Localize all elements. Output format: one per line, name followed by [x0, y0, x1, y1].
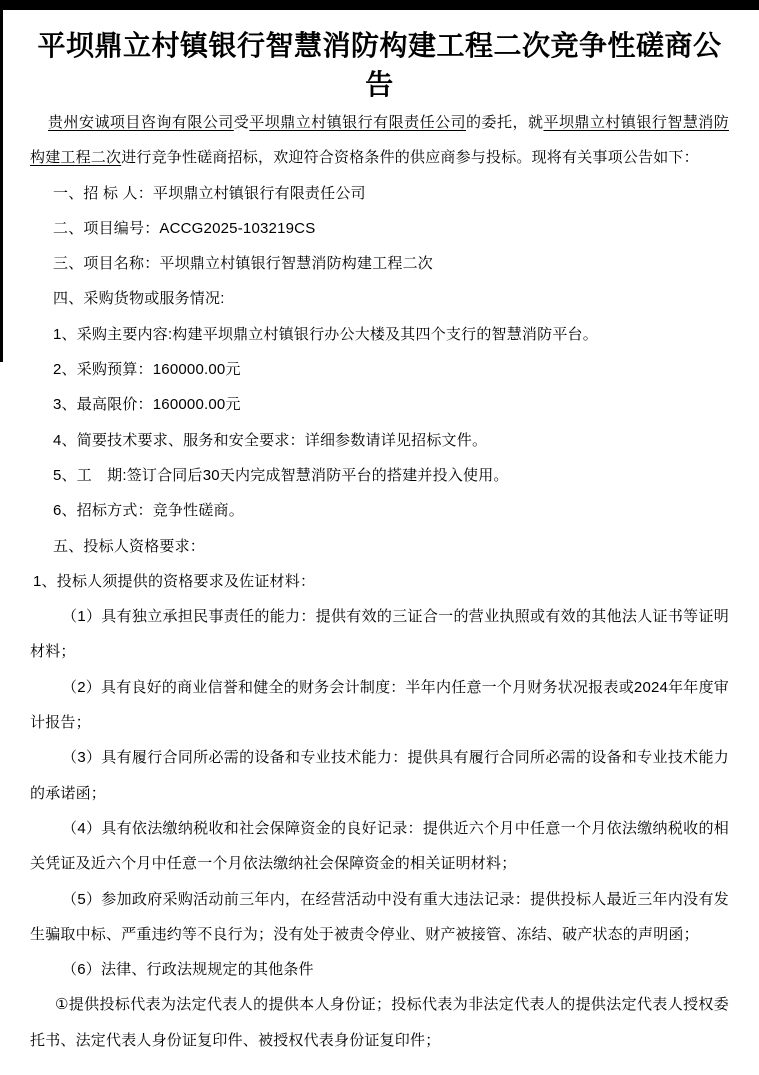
document-body: 贵州安诚项目咨询有限公司受平坝鼎立村镇银行有限责任公司的委托，就平坝鼎立村镇银行… [30, 105, 729, 1058]
item-qualification-3: （3）具有履行合同所必需的设备和专业技术能力：提供具有履行合同所必需的设备和专业… [30, 740, 729, 811]
item-qualification-6: （6）法律、行政法规规定的其他条件 [30, 952, 729, 987]
text-run: 1、投标人须提供的资格要求及佐证材料： [33, 573, 315, 590]
item-procurement-overview: 四、采购货物或服务情况: [30, 281, 729, 316]
item-price-ceiling: 3、最高限价：160000.00元 [30, 387, 729, 422]
item-project-name: 三、项目名称：平坝鼎立村镇银行智慧消防构建工程二次 [30, 246, 729, 281]
text-run: 三、项目名称：平坝鼎立村镇银行智慧消防构建工程二次 [53, 255, 433, 272]
text-run: 一、招 标 人：平坝鼎立村镇银行有限责任公司 [53, 185, 366, 202]
item-qualification-materials: 1、投标人须提供的资格要求及佐证材料： [30, 564, 729, 599]
item-tender-method: 6、招标方式：竞争性磋商。 [30, 493, 729, 528]
item-bidder-qualifications: 五、投标人资格要求： [30, 529, 729, 564]
underlined-text-run: 平坝鼎立村镇银行有限责任公司 [249, 114, 466, 131]
item-tenderer: 一、招 标 人：平坝鼎立村镇银行有限责任公司 [30, 176, 729, 211]
text-run: 的委托，就 [466, 114, 543, 131]
document-page: 平坝鼎立村镇银行智慧消防构建工程二次竞争性磋商公告 贵州安诚项目咨询有限公司受平… [0, 0, 759, 1075]
text-run: （2）具有良好的商业信誉和健全的财务会计制度：半年内任意一个月财务状况报表或20… [30, 679, 729, 731]
text-run: 5、工 期:签订合同后30天内完成智慧消防平台的搭建并投入使用。 [53, 467, 509, 484]
text-run: 3、最高限价：160000.00元 [53, 396, 241, 413]
document-content: 平坝鼎立村镇银行智慧消防构建工程二次竞争性磋商公告 贵州安诚项目咨询有限公司受平… [0, 0, 759, 1058]
text-run: 进行竞争性磋商招标，欢迎符合资格条件的供应商参与投标。现将有关事项公告如下： [121, 149, 699, 166]
item-project-number: 二、项目编号：ACCG2025-103219CS [30, 211, 729, 246]
text-run: 4、简要技术要求、服务和安全要求：详细参数请详见招标文件。 [53, 432, 487, 449]
underlined-text-run: 贵州安诚项目咨询有限公司 [48, 114, 234, 131]
text-run: （1）具有独立承担民事责任的能力：提供有效的三证合一的营业执照或有效的其他法人证… [30, 608, 729, 660]
text-run: 1、采购主要内容:构建平坝鼎立村镇银行办公大楼及其四个支行的智慧消防平台。 [53, 326, 598, 343]
item-budget: 2、采购预算：160000.00元 [30, 352, 729, 387]
item-construction-period: 5、工 期:签订合同后30天内完成智慧消防平台的搭建并投入使用。 [30, 458, 729, 493]
text-run: 受 [234, 114, 249, 131]
item-qualification-4: （4）具有依法缴纳税收和社会保障资金的良好记录：提供近六个月中任意一个月依法缴纳… [30, 811, 729, 882]
item-procurement-content: 1、采购主要内容:构建平坝鼎立村镇银行办公大楼及其四个支行的智慧消防平台。 [30, 317, 729, 352]
text-run: （3）具有履行合同所必需的设备和专业技术能力：提供具有履行合同所必需的设备和专业… [30, 749, 729, 801]
text-run: 四、采购货物或服务情况: [53, 290, 225, 307]
item-qualification-6-note-1: ①提供投标代表为法定代表人的提供本人身份证；投标代表为非法定代表人的提供法定代表… [30, 987, 729, 1058]
text-run: 五、投标人资格要求： [53, 538, 205, 555]
item-qualification-1: （1）具有独立承担民事责任的能力：提供有效的三证合一的营业执照或有效的其他法人证… [30, 599, 729, 670]
text-run: 二、项目编号：ACCG2025-103219CS [53, 220, 315, 237]
item-qualification-5: （5）参加政府采购活动前三年内，在经营活动中没有重大违法记录：提供投标人最近三年… [30, 882, 729, 953]
document-title: 平坝鼎立村镇银行智慧消防构建工程二次竞争性磋商公告 [30, 26, 729, 104]
item-technical-requirements: 4、简要技术要求、服务和安全要求：详细参数请详见招标文件。 [30, 423, 729, 458]
text-run: （5）参加政府采购活动前三年内，在经营活动中没有重大违法记录：提供投标人最近三年… [30, 891, 729, 943]
text-run: 6、招标方式：竞争性磋商。 [53, 502, 244, 519]
text-run: ①提供投标代表为法定代表人的提供本人身份证；投标代表为非法定代表人的提供法定代表… [30, 996, 729, 1048]
text-run: 2、采购预算：160000.00元 [53, 361, 241, 378]
item-qualification-2: （2）具有良好的商业信誉和健全的财务会计制度：半年内任意一个月财务状况报表或20… [30, 670, 729, 741]
text-run: （4）具有依法缴纳税收和社会保障资金的良好记录：提供近六个月中任意一个月依法缴纳… [30, 820, 729, 872]
text-run: （6）法律、行政法规规定的其他条件 [62, 961, 314, 978]
intro-paragraph: 贵州安诚项目咨询有限公司受平坝鼎立村镇银行有限责任公司的委托，就平坝鼎立村镇银行… [30, 105, 729, 176]
